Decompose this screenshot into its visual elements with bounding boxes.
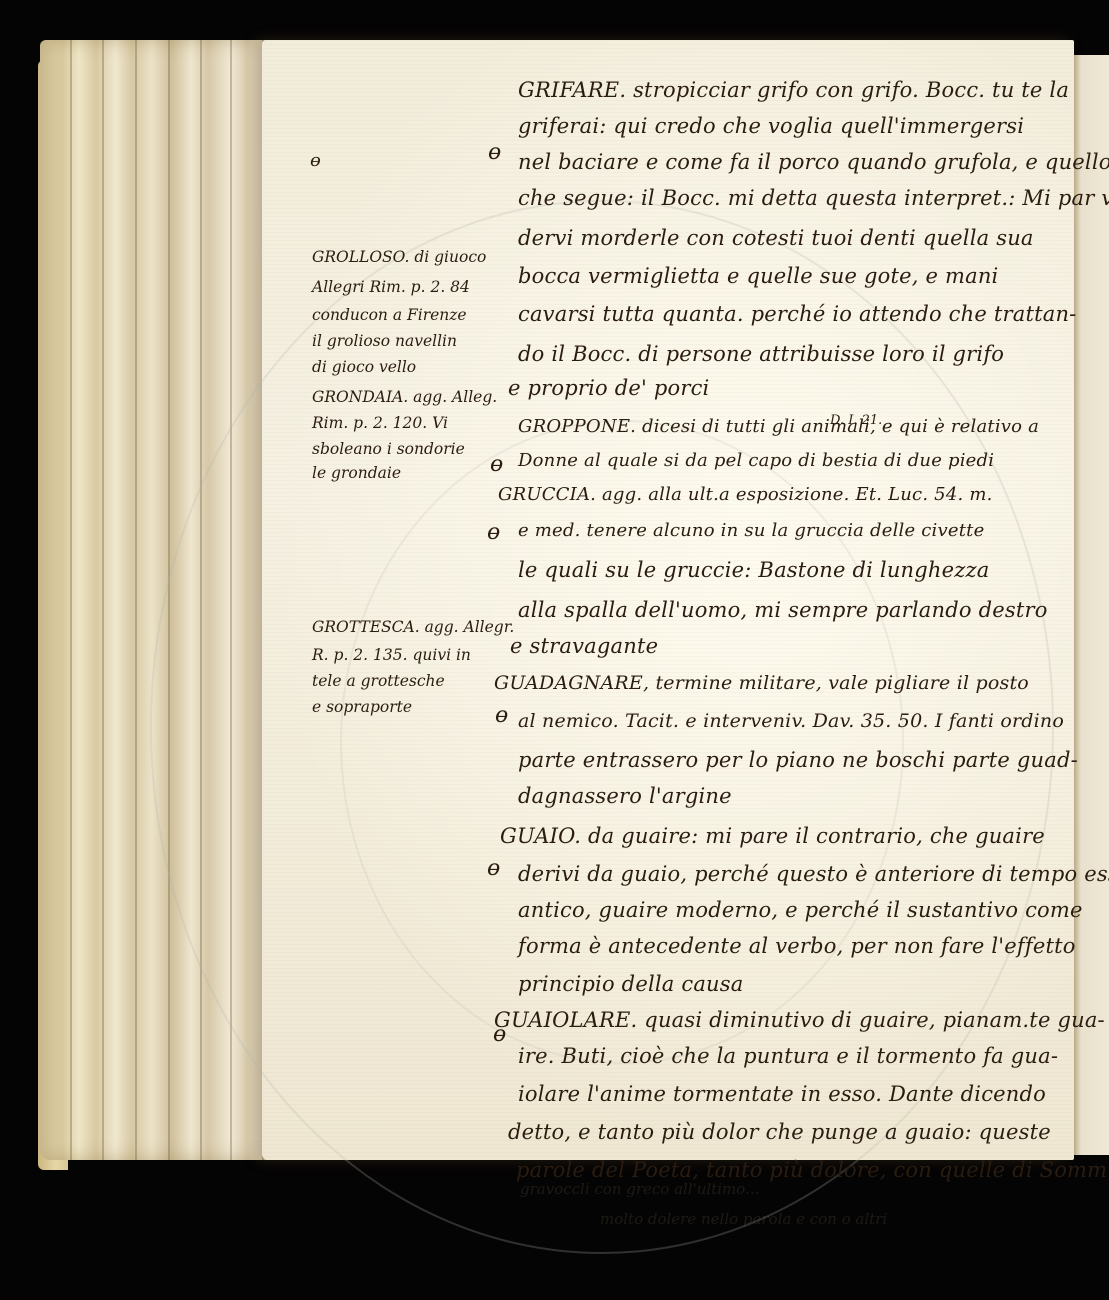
text-line: principio della causa bbox=[518, 972, 743, 996]
text-line: griferai: qui credo che voglia quell'imm… bbox=[518, 114, 1024, 138]
text-line: GRUCCIA. agg. alla ult.a esposizione. Et… bbox=[498, 484, 993, 505]
text-line: che segue: il Bocc. mi detta questa inte… bbox=[518, 186, 1109, 210]
text-line: detto, e tanto più dolor che punge a gua… bbox=[508, 1120, 1051, 1144]
text-line: e med. tenere alcuno in su la gruccia de… bbox=[518, 520, 984, 541]
margin-line: di gioco vello bbox=[312, 358, 416, 376]
text-line: bocca vermiglietta e quelle sue gote, e … bbox=[518, 264, 998, 288]
text-line: do il Bocc. di persone attribuisse loro … bbox=[518, 342, 1004, 366]
text-line: iolare l'anime tormentate in esso. Dante… bbox=[518, 1082, 1046, 1106]
margin-line: conducon a Firenze bbox=[312, 306, 467, 324]
text-line: GUADAGNARE, termine militare, vale pigli… bbox=[494, 672, 1029, 694]
margin-line: tele a grottesche bbox=[312, 672, 445, 690]
margin-line: GROTTESCA. agg. Allegr. bbox=[312, 618, 514, 636]
text-line: dervi morderle con cotesti tuoi denti qu… bbox=[518, 226, 1034, 250]
text-line: antico, guaire moderno, e perché il sust… bbox=[518, 898, 1083, 922]
text-line: forma è antecedente al verbo, per non fa… bbox=[518, 934, 1076, 958]
margin-line: GROLLOSO. di giuoco bbox=[312, 248, 486, 266]
text-line: le quali su le gruccie: Bastone di lungh… bbox=[518, 558, 990, 582]
text-line: Donne al quale si da pel capo di bestia … bbox=[518, 450, 994, 471]
paragraph-mark-icon: ɵ bbox=[495, 703, 508, 728]
text-line: nel baciare e come fa il porco quando gr… bbox=[518, 150, 1109, 174]
paragraph-mark-icon: ɵ bbox=[490, 452, 503, 477]
text-line: al nemico. Tacit. e interveniv. Dav. 35.… bbox=[518, 710, 1064, 732]
text-line: GROPPONE. dicesi di tutti gli animali, e… bbox=[518, 416, 1039, 437]
paragraph-mark-icon: ɵ bbox=[487, 856, 500, 881]
text-line: derivi da guaio, perché questo è anterio… bbox=[518, 862, 1109, 886]
margin-line: Allegri Rim. p. 2. 84 bbox=[312, 278, 470, 296]
text-line: ire. Buti, cioè che la puntura e il torm… bbox=[518, 1044, 1058, 1068]
text-line: cavarsi tutta quanta. perché io attendo … bbox=[518, 302, 1076, 326]
text-line: GRIFARE. stropicciar grifo con grifo. Bo… bbox=[518, 78, 1069, 102]
margin-line: Rim. p. 2. 120. Vi bbox=[312, 414, 448, 432]
margin-line: il grolioso navellin bbox=[312, 332, 457, 350]
text-line: GUAIO. da guaire: mi pare il contrario, … bbox=[500, 824, 1045, 848]
margin-line: sboleano i sondorie bbox=[312, 440, 465, 458]
margin-line: e sopraporte bbox=[312, 698, 412, 716]
margin-line: R. p. 2. 135. quivi in bbox=[312, 646, 471, 664]
text-line: parte entrassero per lo piano ne boschi … bbox=[518, 748, 1078, 772]
margin-line: le grondaie bbox=[312, 464, 401, 482]
facing-page-edge bbox=[1074, 55, 1109, 1155]
paragraph-mark-icon: ɵ bbox=[310, 150, 321, 171]
paragraph-mark-icon: ɵ bbox=[488, 140, 501, 165]
text-line: parole del Poeta, tanto più dolore, con … bbox=[516, 1158, 1107, 1182]
paragraph-mark-icon: ɵ bbox=[487, 520, 500, 545]
bleed-through-text: molto dolere nello parola e con o altri bbox=[600, 1210, 887, 1228]
text-line: e stravagante bbox=[510, 634, 658, 658]
bleed-through-text: gravoccli con greco all'ultimo... bbox=[520, 1180, 759, 1198]
text-line: alla spalla dell'uomo, mi sempre parland… bbox=[518, 598, 1048, 622]
manuscript-photo: gravoccli con greco all'ultimo... molto … bbox=[0, 0, 1109, 1300]
text-line: e proprio de' porci bbox=[508, 376, 709, 400]
text-line: dagnassero l'argine bbox=[518, 784, 732, 808]
margin-line: GRONDAIA. agg. Alleg. bbox=[312, 388, 497, 406]
text-line: GUAIOLARE. quasi diminutivo di guaire, p… bbox=[494, 1008, 1105, 1032]
